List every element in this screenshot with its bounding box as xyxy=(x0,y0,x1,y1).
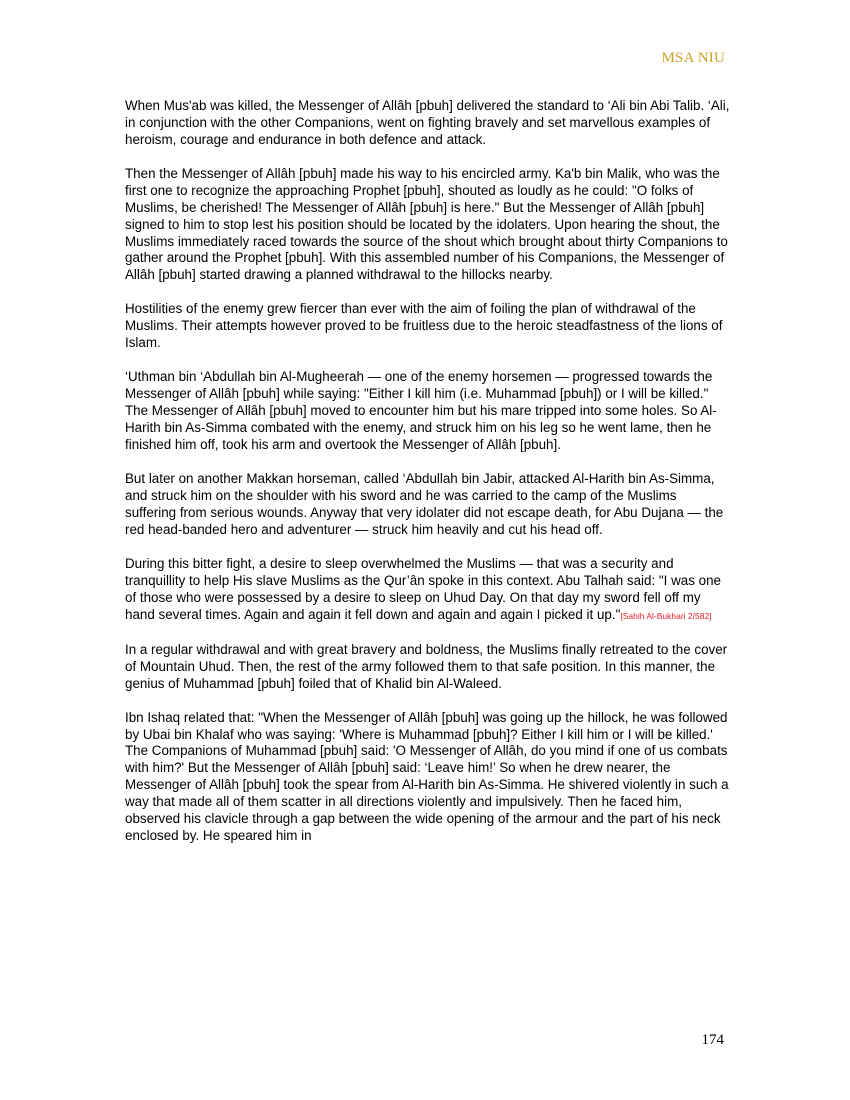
paragraph-regular-withdrawal: In a regular withdrawal and with great b… xyxy=(125,642,730,693)
citation-reference: [Sahih Al-Bukhari 2/582] xyxy=(620,611,711,621)
paragraph-ibn-ishaq: Ibn Ishaq related that: "When the Messen… xyxy=(125,710,730,845)
document-body: When Mus'ab was killed, the Messenger of… xyxy=(125,98,730,862)
paragraph-makkan-horseman: But later on another Makkan horseman, ca… xyxy=(125,471,730,539)
document-header: MSA NIU xyxy=(662,50,726,67)
paragraph-standard-to-ali: When Mus'ab was killed, the Messenger of… xyxy=(125,98,730,149)
paragraph-hostilities: Hostilities of the enemy grew fiercer th… xyxy=(125,301,730,352)
paragraph-uthman-horseman: ‘Uthman bin ‘Abdullah bin Al-Mugheerah —… xyxy=(125,369,730,454)
page-number: 174 xyxy=(702,1032,725,1049)
paragraph-encircled-army: Then the Messenger of Allâh [pbuh] made … xyxy=(125,166,730,284)
paragraph-desire-to-sleep: During this bitter fight, a desire to sl… xyxy=(125,556,730,625)
